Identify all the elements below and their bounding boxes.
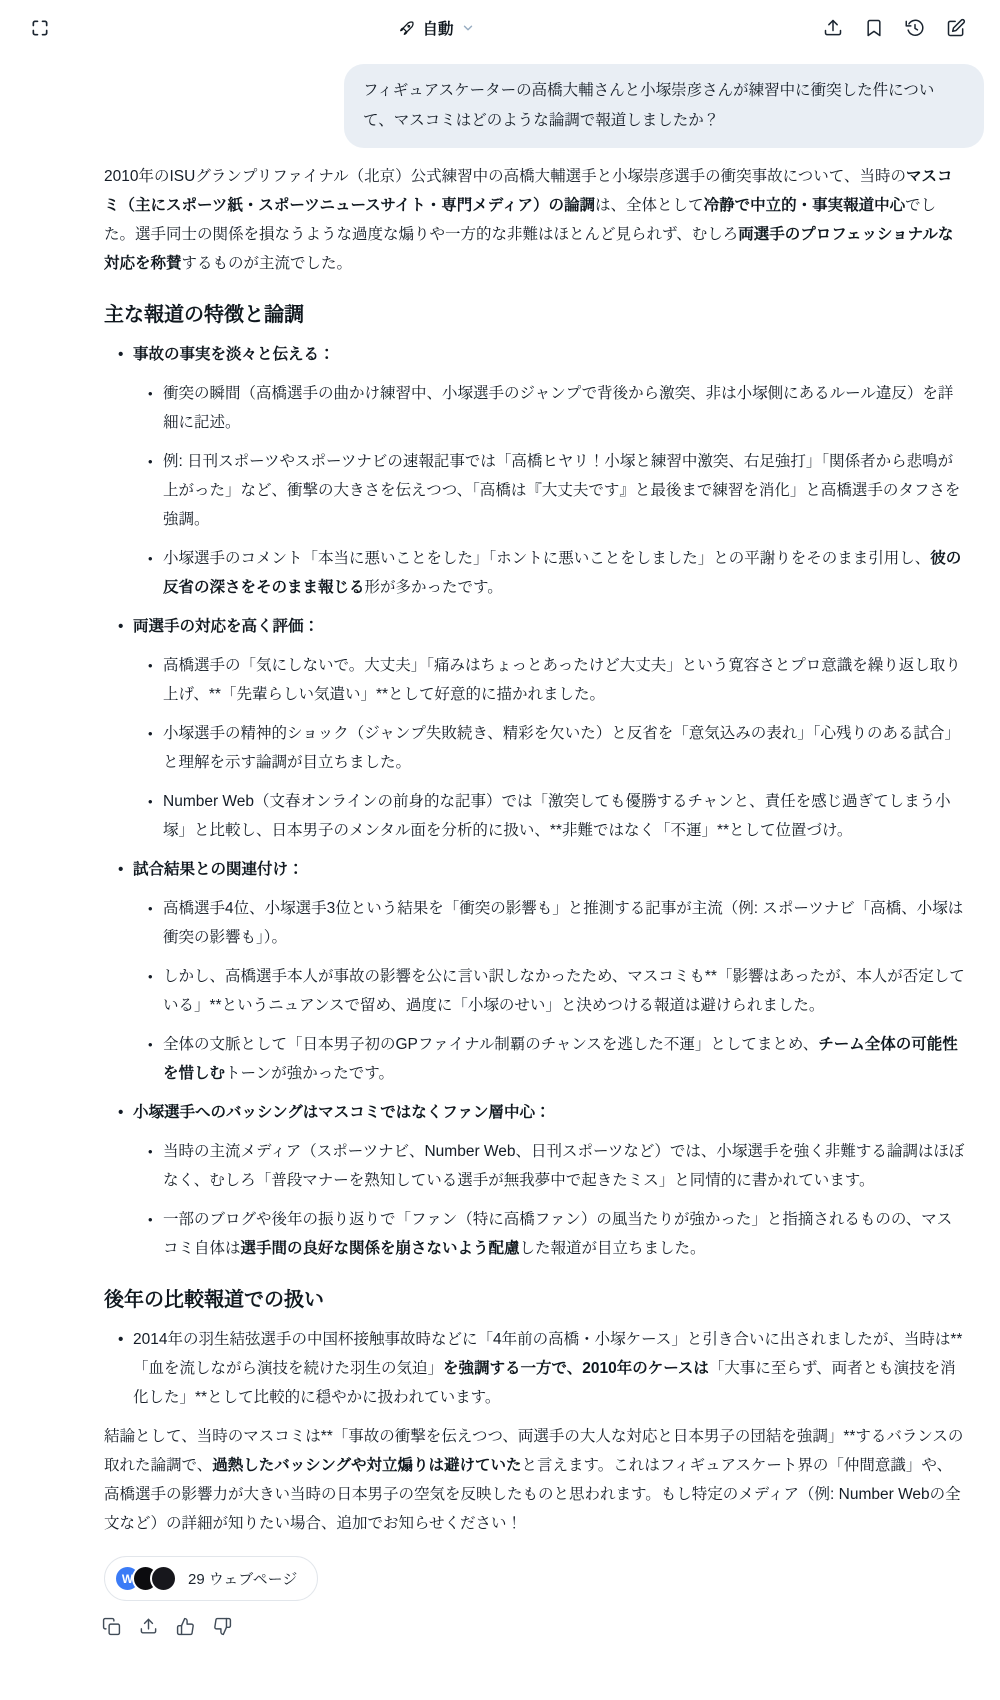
share-icon [139, 1617, 158, 1636]
mode-selector[interactable]: 自動 [392, 16, 480, 40]
bookmark-icon [864, 18, 884, 38]
bullet-list: 事故の事実を淡々と伝える：衝突の瞬間（高橋選手の曲かけ練習中、小塚選手のジャンプ… [104, 340, 966, 1263]
sub-bullet-item: 高橋選手4位、小塚選手3位という結果を「衝突の影響も」と推測する記事が主流（例:… [163, 894, 966, 952]
thumbs-up-button[interactable] [174, 1615, 197, 1638]
bold-text: 選手間の良好な関係を崩さないよう配慮 [241, 1240, 520, 1257]
top-bar: 自動 [0, 0, 1000, 56]
sources-chip-label: 29 ウェブページ [188, 1568, 297, 1589]
bold-text: 小塚選手へのバッシングはマスコミではなくファン層中心： [133, 1104, 551, 1121]
bullet-item: 小塚選手へのバッシングはマスコミではなくファン層中心：当時の主流メディア（スポー… [133, 1098, 966, 1263]
text-run: 高橋選手の「気にしないで。大丈夫」「痛みはちょっとあったけど大丈夫」という寛容さ… [163, 657, 961, 703]
bold-text: 冷静で中立的・事実報道中心 [704, 197, 906, 214]
copy-icon [102, 1617, 121, 1636]
text-run: した報道が目立ちました。 [520, 1240, 706, 1257]
chevron-down-icon [461, 21, 475, 35]
dark-favicon-2 [150, 1565, 177, 1592]
bold-text: 過熱したバッシングや対立煽りは避けていた [212, 1457, 521, 1474]
history-button[interactable] [901, 14, 929, 42]
text-run: 小塚選手のコメント「本当に悪いことをした」「ホントに悪いことをしました」との平謝… [163, 550, 930, 567]
share-icon [823, 18, 843, 38]
copy-button[interactable] [100, 1615, 123, 1638]
assistant-message: 2010年のISUグランプリファイナル（北京）公式練習中の高橋大輔選手と小塚崇彦… [104, 162, 966, 1538]
bullet-item: 両選手の対応を高く評価：高橋選手の「気にしないで。大丈夫」「痛みはちょっとあった… [133, 612, 966, 845]
share-button[interactable] [819, 14, 847, 42]
section-heading: 主な報道の特徴と論調 [104, 302, 966, 328]
sources-chip[interactable]: W 29 ウェブページ [104, 1556, 318, 1601]
bullet-list: 2014年の羽生結弦選手の中国杯接触事故時などに「4年前の高橋・小塚ケース」と引… [104, 1325, 966, 1412]
bold-text: を強調する一方で、2010年のケースは [443, 1360, 709, 1377]
text-run: トーンが強かったです。 [225, 1065, 394, 1082]
sub-bullet-list: 高橋選手の「気にしないで。大丈夫」「痛みはちょっとあったけど大丈夫」という寛容さ… [133, 651, 966, 845]
text-run: 全体の文脈として「日本男子初のGPファイナル制覇のチャンスを逃した不運」としてま… [163, 1036, 818, 1053]
bullet-item: 2014年の羽生結弦選手の中国杯接触事故時などに「4年前の高橋・小塚ケース」と引… [133, 1325, 966, 1412]
sub-bullet-item: 当時の主流メディア（スポーツナビ、Number Web、日刊スポーツなど）では、… [163, 1137, 966, 1195]
sub-bullet-item: 小塚選手の精神的ショック（ジャンプ失敗続き、精彩を欠いた）と反省を「意気込みの表… [163, 719, 966, 777]
user-message-row: フィギュアスケーターの高橋大輔さんと小塚崇彦さんが練習中に衝突した件について、マ… [0, 56, 1000, 148]
share-response-button[interactable] [137, 1615, 160, 1638]
history-icon [905, 18, 925, 38]
sub-bullet-list: 高橋選手4位、小塚選手3位という結果を「衝突の影響も」と推測する記事が主流（例:… [133, 894, 966, 1088]
thumbs-down-button[interactable] [211, 1615, 234, 1638]
source-favicons: W [114, 1565, 177, 1592]
header-actions [819, 14, 970, 42]
bold-text: 両選手の対応を高く評価： [133, 618, 319, 635]
sub-bullet-item: 衝突の瞬間（高橋選手の曲かけ練習中、小塚選手のジャンプで背後から激突、非は小塚側… [163, 379, 966, 437]
sub-bullet-list: 衝突の瞬間（高橋選手の曲かけ練習中、小塚選手のジャンプで背後から激突、非は小塚側… [133, 379, 966, 602]
bullet-item: 試合結果との関連付け：高橋選手4位、小塚選手3位という結果を「衝突の影響も」と推… [133, 855, 966, 1088]
sub-bullet-item: 例: 日刊スポーツやスポーツナビの速報記事では「高橋ヒヤリ！小塚と練習中激突、右… [163, 447, 966, 534]
mode-label: 自動 [422, 17, 453, 39]
text-run: しかし、高橋選手本人が事故の影響を公に言い訳しなかったため、マスコミも**「影響… [163, 968, 965, 1014]
text-run: は、全体として [595, 197, 704, 214]
text-run: 2010年のISUグランプリファイナル（北京）公式練習中の高橋大輔選手と小塚崇彦… [104, 168, 906, 185]
bullet-item: 事故の事実を淡々と伝える：衝突の瞬間（高橋選手の曲かけ練習中、小塚選手のジャンプ… [133, 340, 966, 602]
sub-bullet-item: 小塚選手のコメント「本当に悪いことをした」「ホントに悪いことをしました」との平謝… [163, 544, 966, 602]
bold-text: 事故の事実を淡々と伝える： [133, 346, 335, 363]
sub-bullet-item: Number Web（文春オンラインの前身的な記事）では「激突しても優勝するチャ… [163, 787, 966, 845]
text-run: 衝突の瞬間（高橋選手の曲かけ練習中、小塚選手のジャンプで背後から激突、非は小塚側… [163, 385, 953, 431]
fullscreen-button[interactable] [26, 14, 54, 42]
thumbs-down-icon [213, 1617, 232, 1636]
paragraph: 結論として、当時のマスコミは**「事故の衝撃を伝えつつ、両選手の大人な対応と日本… [104, 1422, 966, 1538]
compose-icon [946, 18, 966, 38]
sub-bullet-item: 高橋選手の「気にしないで。大丈夫」「痛みはちょっとあったけど大丈夫」という寛容さ… [163, 651, 966, 709]
text-run: 例: 日刊スポーツやスポーツナビの速報記事では「高橋ヒヤリ！小塚と練習中激突、右… [163, 453, 960, 528]
text-run: するものが主流でした。 [182, 255, 353, 272]
user-message: フィギュアスケーターの高橋大輔さんと小塚崇彦さんが練習中に衝突した件について、マ… [344, 64, 984, 148]
sub-bullet-list: 当時の主流メディア（スポーツナビ、Number Web、日刊スポーツなど）では、… [133, 1137, 966, 1263]
response-actions [100, 1615, 1000, 1638]
compose-button[interactable] [942, 14, 970, 42]
text-run: Number Web（文春オンラインの前身的な記事）では「激突しても優勝するチャ… [163, 793, 951, 839]
sub-bullet-item: 全体の文脈として「日本男子初のGPファイナル制覇のチャンスを逃した不運」としてま… [163, 1030, 966, 1088]
user-message-text: フィギュアスケーターの高橋大輔さんと小塚崇彦さんが練習中に衝突した件について、マ… [363, 82, 934, 129]
text-run: 小塚選手の精神的ショック（ジャンプ失敗続き、精彩を欠いた）と反省を「意気込みの表… [163, 725, 960, 771]
text-run: 形が多かったです。 [365, 579, 503, 596]
bookmark-button[interactable] [860, 14, 888, 42]
text-run: 高橋選手4位、小塚選手3位という結果を「衝突の影響も」と推測する記事が主流（例:… [163, 900, 963, 946]
bold-text: 試合結果との関連付け： [133, 861, 304, 878]
sub-bullet-item: 一部のブログや後年の振り返りで「ファン（特に高橋ファン）の風当たりが強かった」と… [163, 1205, 966, 1263]
text-run: 当時の主流メディア（スポーツナビ、Number Web、日刊スポーツなど）では、… [163, 1143, 964, 1189]
sub-bullet-item: しかし、高橋選手本人が事故の影響を公に言い訳しなかったため、マスコミも**「影響… [163, 962, 966, 1020]
fullscreen-icon [30, 18, 50, 38]
paragraph: 2010年のISUグランプリファイナル（北京）公式練習中の高橋大輔選手と小塚崇彦… [104, 162, 966, 278]
thumbs-up-icon [176, 1617, 195, 1636]
rocket-icon [398, 20, 415, 37]
section-heading: 後年の比較報道での扱い [104, 1287, 966, 1313]
